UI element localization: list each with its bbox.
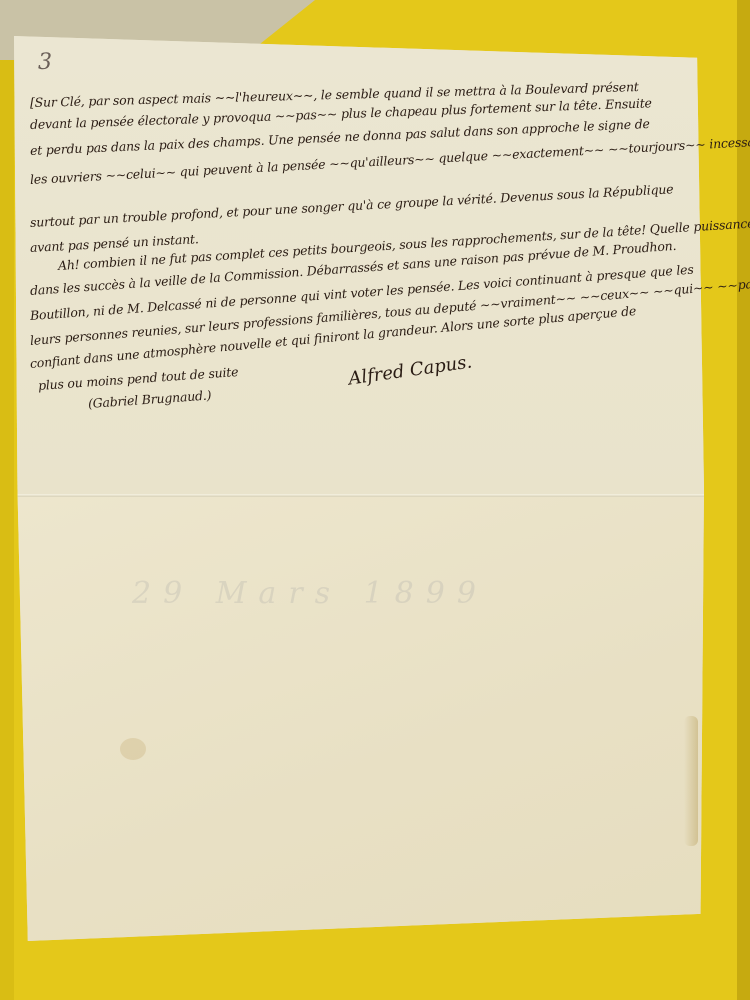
page-number: 3 <box>38 50 52 75</box>
right-yellow-strip <box>737 0 750 1000</box>
paper-stain <box>120 738 146 760</box>
page-fold-crease <box>14 494 704 497</box>
show-through-text: 29 Mars 1899 <box>132 576 488 611</box>
left-yellow-strip <box>0 60 14 1000</box>
edge-wear <box>684 716 698 846</box>
page-lower-half <box>14 496 704 941</box>
